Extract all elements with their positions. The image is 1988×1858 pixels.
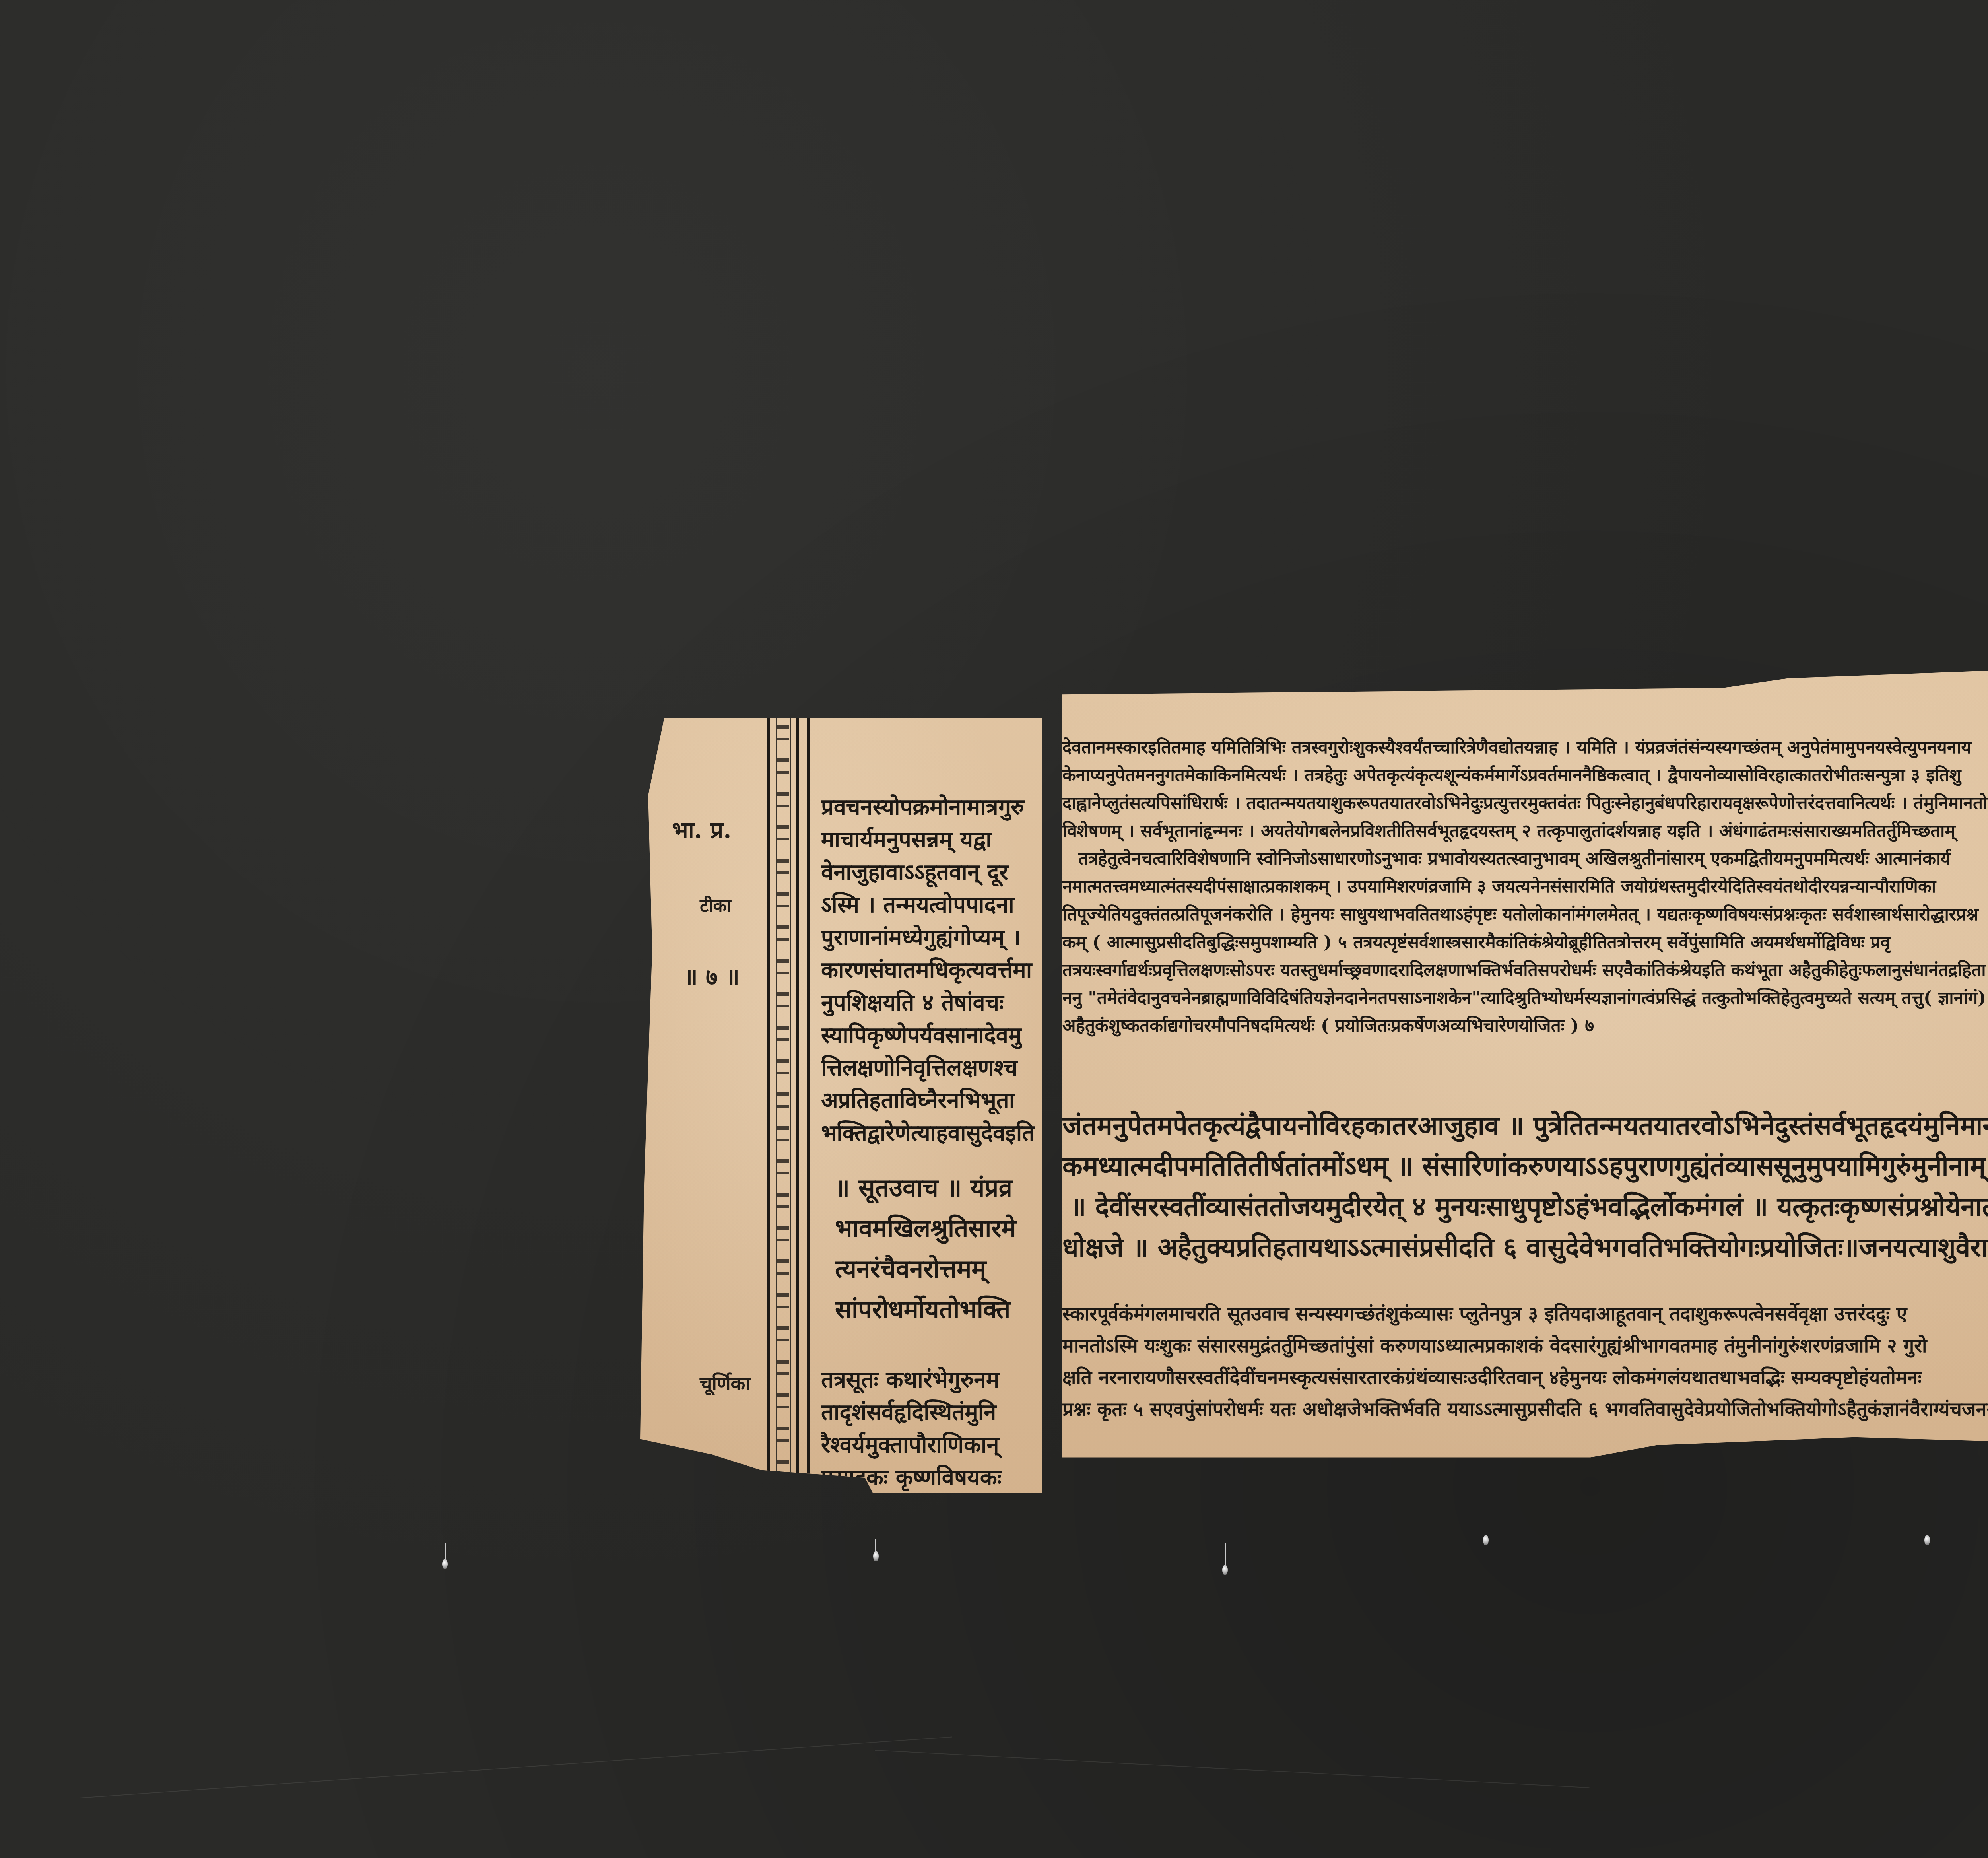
column-rule <box>807 718 810 1493</box>
churnika-line: तादृशंसर्वहृदिस्थितंमुनि <box>821 1395 1044 1430</box>
commentary-line: वेनाजुहावाऽऽहूतवान् दूर <box>821 855 1044 890</box>
commentary-line: त्तिलक्षणोनिवृत्तिलक्षणश्च <box>821 1050 1044 1085</box>
commentary-line: देवतानमस्कारइतितमाह यमितित्रिभिः तत्रस्व… <box>1062 734 1988 762</box>
margin-page-mark: ॥ ७ ॥ <box>684 960 740 992</box>
churnika-line: मानतोऽस्मि यःशुकः संसारसमुद्रंतर्तुमिच्छ… <box>1062 1330 1988 1361</box>
margin-title: भा. प्र. <box>672 813 731 845</box>
verse-line: ॥ सूतउवाच ॥ यंप्रव्र <box>835 1167 1044 1209</box>
commentary-line: माचार्यमनुपसन्नम् यद्वा <box>821 822 1044 857</box>
commentary-line: दाह्वानेप्लुतंसत्यपिसांधिरार्षः । तदातन्… <box>1062 789 1988 817</box>
commentary-line: नमात्मतत्त्वमध्यात्मंतस्यदीपंसाक्षात्प्र… <box>1062 873 1988 901</box>
commentary-line: तिपूज्येतियदुक्तंतत्प्रतिपूजनंकरोति । हे… <box>1062 901 1988 929</box>
backdrop-scratch <box>875 1750 1590 1788</box>
commentary-line: भक्तिद्वारेणेत्याहवासुदेवइति <box>821 1116 1044 1151</box>
commentary-line: ननु "तमेतंवेदानुवचनेनब्राह्मणाविविदिषंति… <box>1062 984 1988 1012</box>
verse-line: ॥ देवींसरस्वतींव्यासंततोजयमुदीरयेत् ४ मु… <box>1070 1185 1988 1228</box>
backdrop-scratch <box>80 1737 952 1798</box>
commentary-line: अहैतुकंशुष्कतर्काद्यगोचरमौपनिषदमित्यर्थः… <box>1062 1012 1988 1040</box>
commentary-line: अप्रतिहताविघ्नैरनभिभूता <box>821 1083 1044 1118</box>
commentary-line: तत्रहेतुत्वेनचत्वारिविशेषणानि स्वोनिजोऽस… <box>1078 845 1988 873</box>
ornamental-border <box>767 718 799 1493</box>
mounting-pin <box>442 1559 448 1569</box>
commentary-line: विशेषणम् । सर्वभूतानांहृन्मनः । अयतेयोगब… <box>1062 817 1988 845</box>
mounting-pin <box>1483 1535 1489 1545</box>
churnika-line: प्रश्नः कृतः ५ सएवपुंसांपरोधर्मः यतः अधो… <box>1062 1394 1988 1425</box>
commentary-line: पुराणानांमध्येगुह्यंगोप्यम् । <box>821 920 1044 955</box>
churnika-line: प्रसादकः कृष्णविषयकः <box>821 1460 1044 1495</box>
verse-line: त्यनरंचैवनरोत्तमम् <box>835 1248 1044 1290</box>
mounting-pin <box>1924 1535 1930 1545</box>
verse-line: धोक्षजे ॥ अहैतुक्यप्रतिहतायथाऽऽत्मासंप्र… <box>1062 1225 1988 1269</box>
churnika-line: तत्रसूतः कथारंभेगुरुनम <box>821 1362 1044 1397</box>
verse-line: भावमखिलश्रुतिसारमे <box>835 1208 1044 1249</box>
verse-line: जंतमनुपेतमपेतकृत्यंद्वैपायनोविरहकातरआजुह… <box>1062 1104 1988 1147</box>
commentary-line: ऽस्मि । तन्मयत्वोपपादना <box>821 887 1044 922</box>
left-manuscript-fragment: भा. प्र. टीका ॥ ७ ॥ चूर्णिका प्रवचनस्योप… <box>640 718 1042 1493</box>
churnika-line: स्कारपूर्वकंमंगलमाचरति सूतउवाच सन्यस्यगच… <box>1062 1298 1988 1329</box>
margin-section-label: टीका <box>700 893 731 917</box>
churnika-line: रैश्वर्यमुक्तापौराणिकान् <box>821 1427 1044 1462</box>
commentary-line: कम् ( आत्मासुप्रसीदतिबुद्धिःसमुपशाम्यति … <box>1062 929 1988 956</box>
pin-shaft <box>445 1543 446 1559</box>
commentary-line: तत्रयःस्वर्गाद्यर्थःप्रवृत्तिलक्षणःसोऽपर… <box>1062 956 1988 984</box>
right-manuscript-fragment: देवतानमस्कारइतितमाह यमितित्रिभिः तत्रस्व… <box>1062 662 1988 1469</box>
margin-churnika-label: चूर्णिका <box>700 1370 750 1396</box>
mounting-pin <box>1222 1565 1228 1575</box>
commentary-line: कारणसंघातमधिकृत्यवर्त्तमा <box>821 952 1044 987</box>
commentary-line: नुपशिक्षयति ४ तेषांवचः <box>821 985 1044 1020</box>
verse-line: कमध्यात्मदीपमतितितीर्षतांतमोंऽधम् ॥ संसा… <box>1062 1144 1988 1188</box>
commentary-line: स्यापिकृष्णेपर्यवसानादेवमु <box>821 1018 1044 1053</box>
commentary-line: प्रवचनस्योपक्रमोनामात्रगुरु <box>821 789 1044 824</box>
verse-line: सांपरोधर्मोयतोभक्ति <box>835 1289 1044 1330</box>
pin-shaft <box>1225 1543 1226 1567</box>
mounting-pin <box>873 1551 879 1561</box>
commentary-line: केनाप्यनुपेतमननुगतमेकाकिनमित्यर्थः । तत्… <box>1062 762 1988 789</box>
churnika-line: क्षति नरनारायणौसरस्वतींदेवींचनमस्कृत्यसं… <box>1062 1362 1988 1393</box>
